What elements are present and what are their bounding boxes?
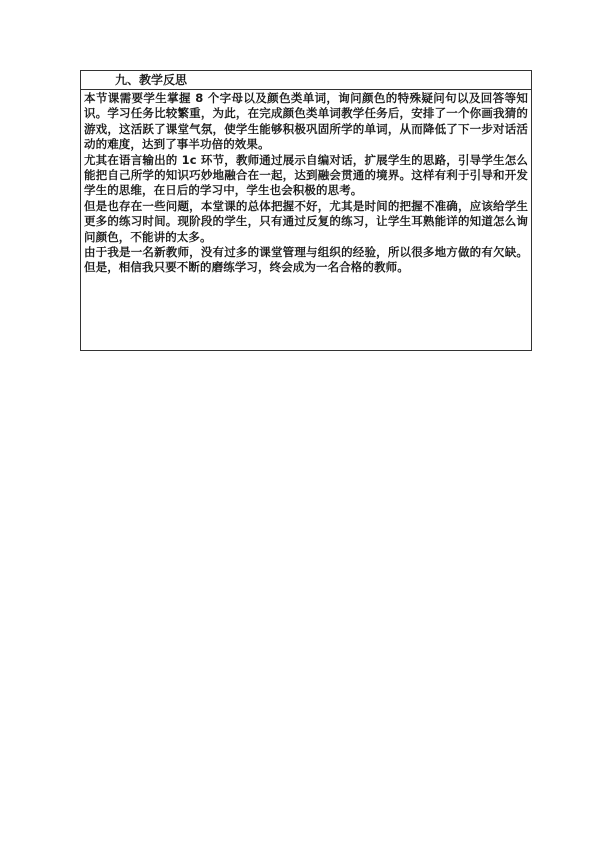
reflection-paragraph-2: 尤其在语言输出的 1c 环节，教师通过展示自编对话，扩展学生的思路，引导学生怎么… bbox=[84, 153, 528, 199]
reflection-paragraph-4: 由于我是一名新教师，没有过多的课堂管理与组织的经验，所以很多地方做的有欠缺。但是… bbox=[84, 245, 528, 276]
reflection-paragraph-1: 本节课需要学生掌握 8 个字母以及颜色类单词，询问颜色的特殊疑问句以及回答等知识… bbox=[84, 91, 528, 153]
reflection-paragraph-3: 但是也存在一些问题，本堂课的总体把握不好，尤其是时间的把握不准确，应该给学生更多… bbox=[84, 199, 528, 245]
table-header-teaching-reflection: 九、教学反思 bbox=[81, 71, 531, 90]
document-page: 九、教学反思 本节课需要学生掌握 8 个字母以及颜色类单词，询问颜色的特殊疑问句… bbox=[0, 0, 595, 842]
teaching-reflection-table: 九、教学反思 本节课需要学生掌握 8 个字母以及颜色类单词，询问颜色的特殊疑问句… bbox=[80, 70, 532, 351]
reflection-text-cell: 本节课需要学生掌握 8 个字母以及颜色类单词，询问颜色的特殊疑问句以及回答等知识… bbox=[81, 90, 531, 350]
